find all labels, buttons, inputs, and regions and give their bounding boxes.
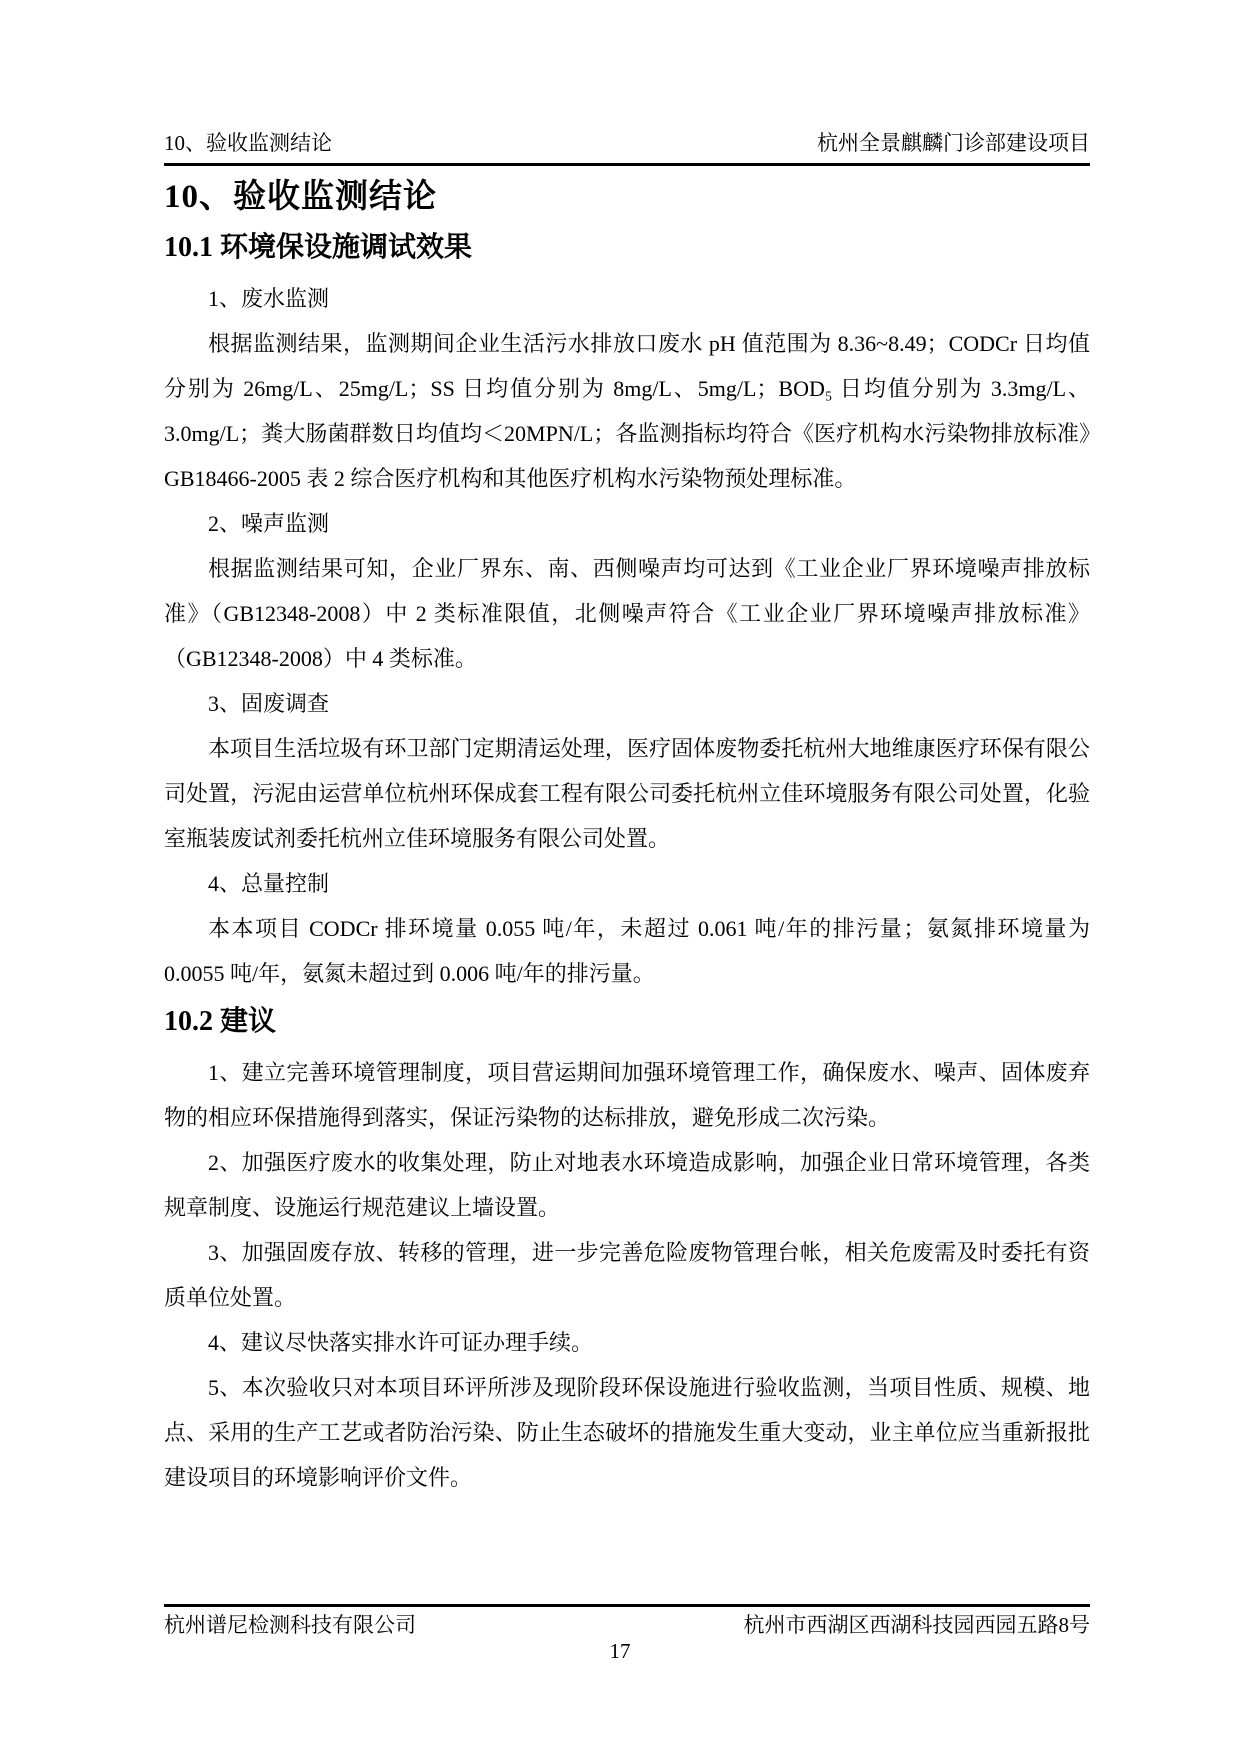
- paragraph-solid-waste-results: 本项目生活垃圾有环卫部门定期清运处理，医疗固体废物委托杭州大地维康医疗环保有限公…: [164, 726, 1090, 861]
- item-heading-noise-monitoring: 2、噪声监测: [164, 501, 1090, 546]
- running-footer: 杭州谱尼检测科技有限公司 杭州市西湖区西湖科技园西园五路8号: [164, 1604, 1090, 1638]
- footer-address-label: 杭州市西湖区西湖科技园西园五路8号: [744, 1612, 1091, 1638]
- footer-company-label: 杭州谱尼检测科技有限公司: [164, 1612, 416, 1638]
- paragraph-noise-results: 根据监测结果可知，企业厂界东、南、西侧噪声均可达到《工业企业厂界环境噪声排放标准…: [164, 546, 1090, 681]
- header-chapter-label: 10、验收监测结论: [164, 130, 332, 156]
- page-body: 10、验收监测结论 10.1 环境保设施调试效果 1、废水监测 根据监测结果，监…: [164, 174, 1090, 1500]
- document-page: 10、验收监测结论 杭州全景麒麟门诊部建设项目 10、验收监测结论 10.1 环…: [0, 0, 1240, 1754]
- paragraph-suggestion-1: 1、建立完善环境管理制度，项目营运期间加强环境管理工作，确保废水、噪声、固体废弃…: [164, 1050, 1090, 1140]
- paragraph-total-amount-results: 本本项目 CODCr 排环境量 0.055 吨/年，未超过 0.061 吨/年的…: [164, 906, 1090, 996]
- section-heading-10-1: 10.1 环境保设施调试效果: [164, 226, 1090, 270]
- paragraph-wastewater-results: 根据监测结果，监测期间企业生活污水排放口废水 pH 值范围为 8.36~8.49…: [164, 321, 1090, 501]
- paragraph-suggestion-3: 3、加强固废存放、转移的管理，进一步完善危险废物管理台帐，相关危废需及时委托有资…: [164, 1230, 1090, 1320]
- page-number: 17: [0, 1638, 1240, 1664]
- running-header: 10、验收监测结论 杭州全景麒麟门诊部建设项目: [164, 130, 1090, 166]
- paragraph-suggestion-4: 4、建议尽快落实排水许可证办理手续。: [164, 1320, 1090, 1365]
- section-heading-10-2: 10.2 建议: [164, 1000, 1090, 1044]
- paragraph-suggestion-2: 2、加强医疗废水的收集处理，防止对地表水环境造成影响，加强企业日常环境管理，各类…: [164, 1140, 1090, 1230]
- header-project-label: 杭州全景麒麟门诊部建设项目: [817, 130, 1090, 156]
- paragraph-suggestion-5: 5、本次验收只对本项目环评所涉及现阶段环保设施进行验收监测，当项目性质、规模、地…: [164, 1365, 1090, 1500]
- item-heading-wastewater-monitoring: 1、废水监测: [164, 276, 1090, 321]
- item-heading-total-amount-control: 4、总量控制: [164, 861, 1090, 906]
- chapter-title: 10、验收监测结论: [164, 174, 1090, 220]
- item-heading-solid-waste-survey: 3、固废调查: [164, 681, 1090, 726]
